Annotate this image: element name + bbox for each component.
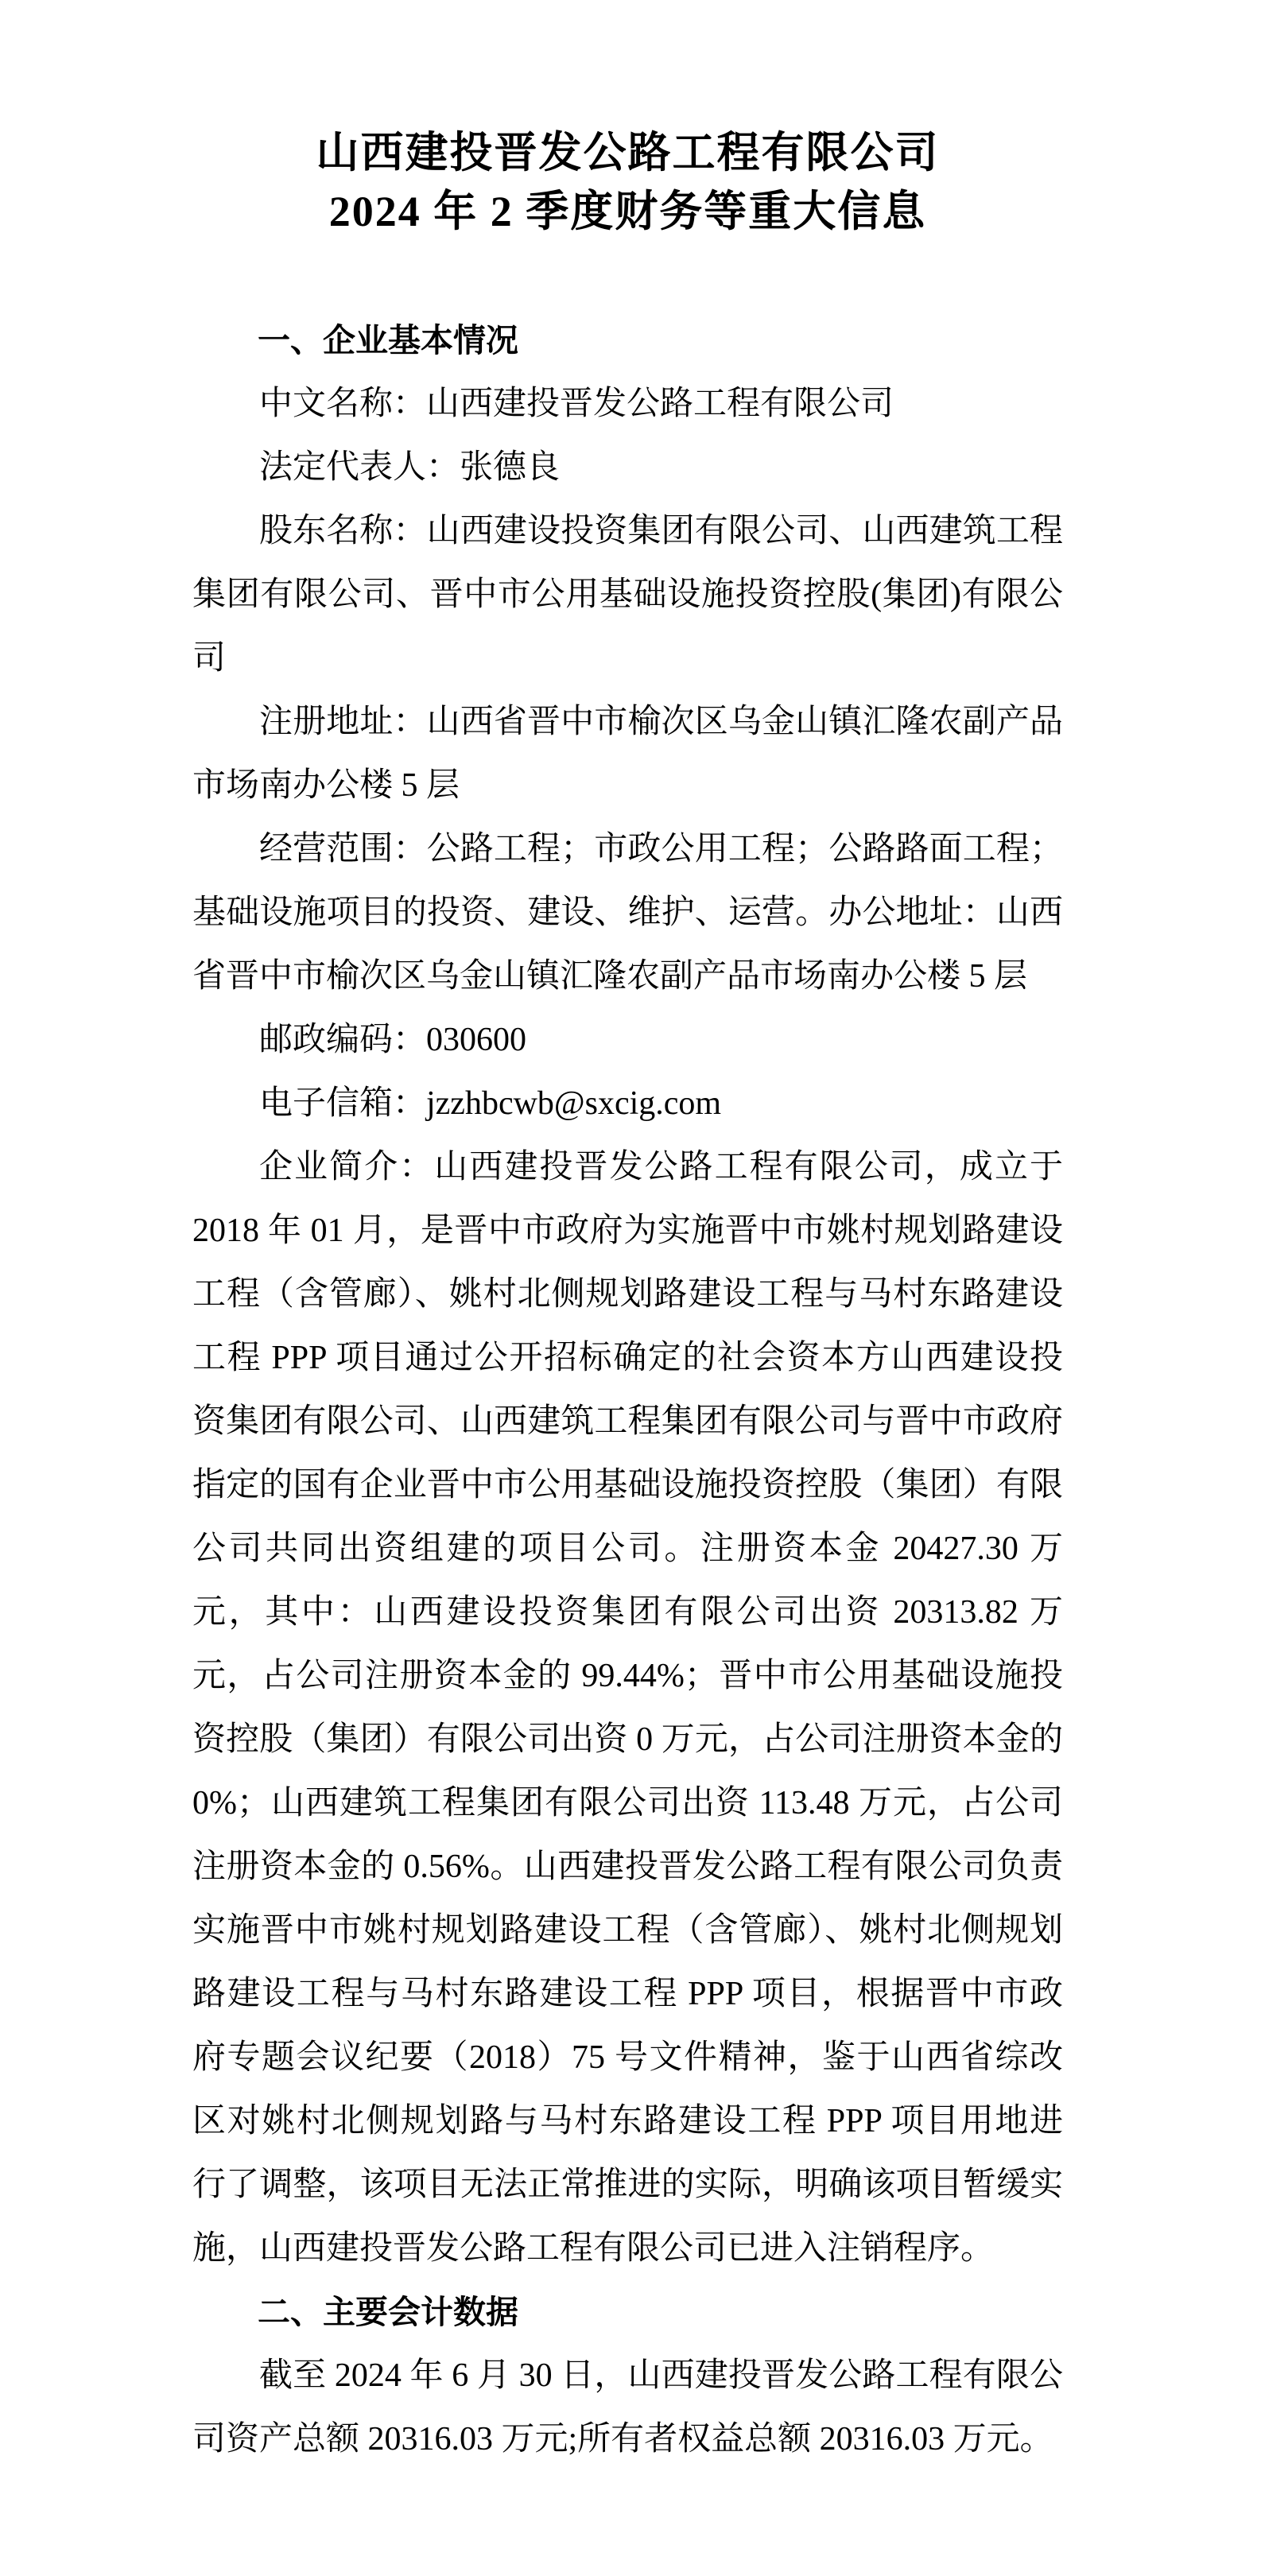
document-body: 一、企业基本情况 中文名称：山西建投晋发公路工程有限公司 法定代表人：张德良 股… xyxy=(192,308,1063,2471)
paragraph-accounting-data: 截至 2024 年 6 月 30 日，山西建投晋发公路工程有限公司资产总额 20… xyxy=(192,2344,1063,2471)
section-accounting-data: 二、主要会计数据 截至 2024 年 6 月 30 日，山西建投晋发公路工程有限… xyxy=(192,2280,1063,2471)
document-title: 山西建投晋发公路工程有限公司 2024 年 2 季度财务等重大信息 xyxy=(192,123,1063,241)
paragraph-postal-code: 邮政编码：030600 xyxy=(192,1008,1063,1072)
paragraph-company-profile: 企业简介：山西建投晋发公路工程有限公司，成立于 2018 年 01 月，是晋中市… xyxy=(192,1135,1063,2280)
paragraph-email: 电子信箱：jzzhbcwb@sxcig.com xyxy=(192,1072,1063,1135)
document-title-line1: 山西建投晋发公路工程有限公司 xyxy=(192,123,1063,182)
document-content: 山西建投晋发公路工程有限公司 2024 年 2 季度财务等重大信息 一、企业基本… xyxy=(192,0,1063,2471)
paragraph-company-name: 中文名称：山西建投晋发公路工程有限公司 xyxy=(192,372,1063,436)
section-heading-basic-info: 一、企业基本情况 xyxy=(192,308,1063,372)
document-title-line2: 2024 年 2 季度财务等重大信息 xyxy=(192,182,1063,241)
document-page: 山西建投晋发公路工程有限公司 2024 年 2 季度财务等重大信息 一、企业基本… xyxy=(0,0,1261,2576)
section-basic-info: 一、企业基本情况 中文名称：山西建投晋发公路工程有限公司 法定代表人：张德良 股… xyxy=(192,308,1063,2280)
paragraph-shareholders: 股东名称：山西建设投资集团有限公司、山西建筑工程集团有限公司、晋中市公用基础设施… xyxy=(192,499,1063,690)
paragraph-business-scope: 经营范围：公路工程；市政公用工程；公路路面工程；基础设施项目的投资、建设、维护、… xyxy=(192,817,1063,1008)
section-heading-accounting-data: 二、主要会计数据 xyxy=(192,2280,1063,2344)
paragraph-registered-address: 注册地址：山西省晋中市榆次区乌金山镇汇隆农副产品市场南办公楼 5 层 xyxy=(192,690,1063,817)
paragraph-legal-representative: 法定代表人：张德良 xyxy=(192,436,1063,499)
